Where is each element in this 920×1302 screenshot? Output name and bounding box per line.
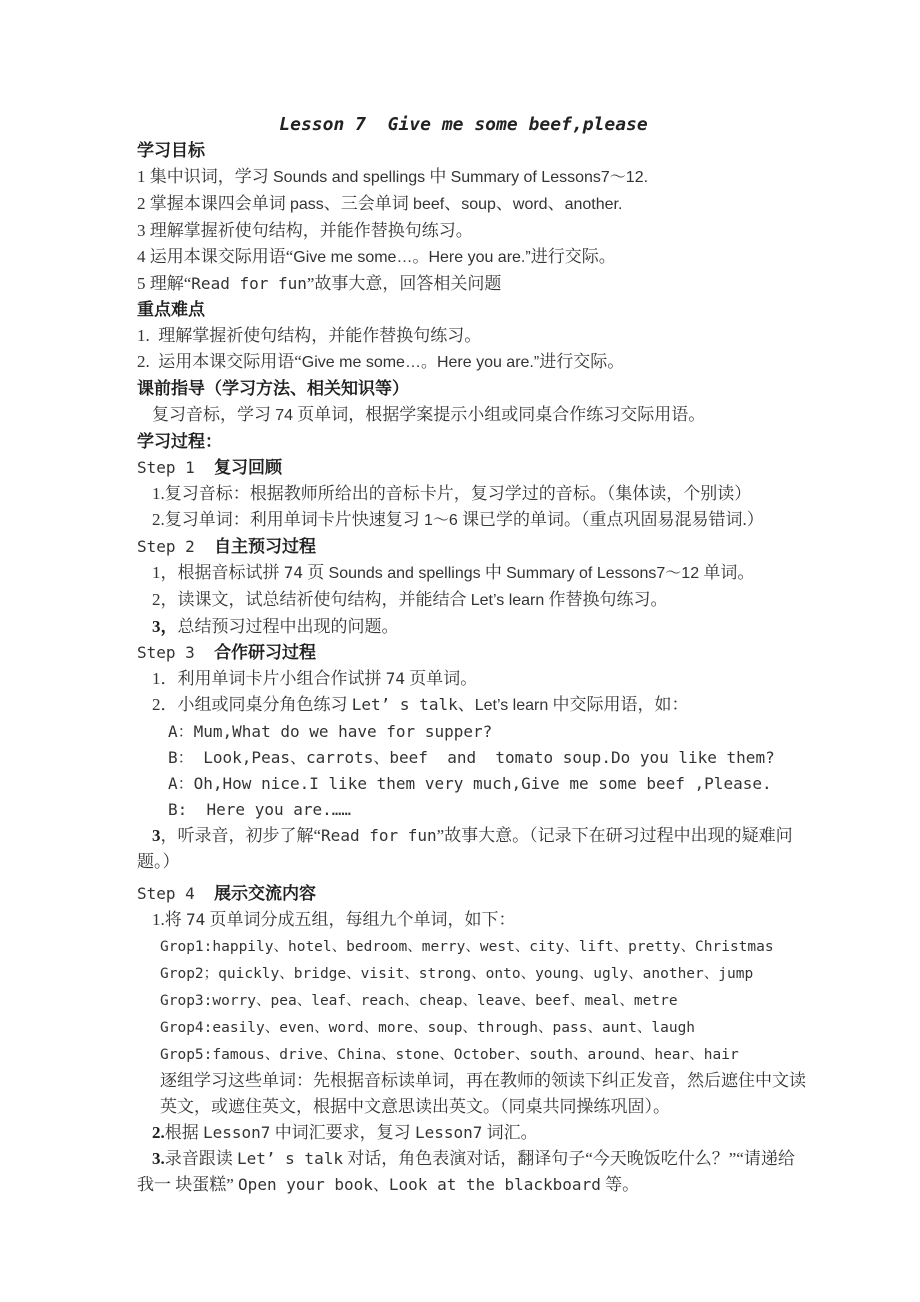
document-line: 3，听录音，初步了解“Read for fun”故事大意。（记录下在研习过程中出…	[137, 823, 790, 849]
text-segment: 4 运用本课交际用语“	[137, 247, 293, 266]
text-segment: Lesson 7 Give me some beef,please	[279, 114, 647, 135]
text-segment: 2，读课文，试总结祈使句结构，并能结合	[152, 590, 471, 609]
text-segment: 1 集中识词，学习	[137, 167, 273, 186]
text-segment: 74	[284, 563, 303, 582]
text-segment: 课前指导（学习方法、相关知识等）	[137, 379, 409, 398]
text-segment: 自主预习过程	[214, 537, 316, 556]
text-segment: 74	[386, 669, 405, 688]
text-segment: 页	[303, 563, 329, 582]
text-segment: Summary of Lessons7～12.	[451, 169, 648, 186]
step-2-heading: Step 2 自主预习过程	[137, 534, 790, 560]
text-segment: 中	[425, 167, 451, 186]
text-segment: 、	[548, 194, 565, 213]
text-segment: 3.	[152, 1149, 165, 1168]
text-segment: 2 掌握本课四会单词	[137, 194, 290, 213]
step-4-heading: Step 4 展示交流内容	[137, 881, 790, 907]
text-segment: 总结预习过程中出现的问题。	[178, 617, 399, 636]
text-segment: 合作研习过程	[214, 643, 316, 662]
text-segment: Lesson7	[415, 1123, 482, 1142]
document-line: 5 理解“Read for fun”故事大意，回答相关问题	[137, 271, 790, 297]
text-segment: B： Look,Peas、carrots、beef and tomato sou…	[168, 748, 775, 767]
text-segment: 学习目标	[137, 141, 205, 160]
text-segment: 单词。	[699, 563, 754, 582]
text-segment: 学习过程：	[137, 432, 222, 451]
text-segment: 复习音标，学习	[152, 405, 275, 424]
document-line: 2．小组或同桌分角色练习 Let’ s talk、Let’s learn 中交际…	[137, 692, 790, 719]
text-segment: 等。	[601, 1175, 639, 1194]
text-segment: 页单词，根据学案提示小组或同桌合作练习交际用语。	[293, 405, 705, 424]
text-segment: Sounds and spellings	[273, 169, 425, 186]
word-group-row: Grop5:famous、drive、China、stone、October、s…	[137, 1041, 790, 1068]
text-segment: B: Here you are.……	[168, 800, 351, 819]
text-segment: Let’s learn	[475, 697, 549, 714]
text-segment: Grop2；quickly、bridge、visit、strong、onto、y…	[160, 966, 753, 982]
document-line: 3.录音跟读 Let’ s talk 对话，角色表演对话，翻译句子“今天晚饭吃什…	[137, 1146, 790, 1172]
text-segment: 5 理解“	[137, 274, 191, 293]
text-segment: 页单词分成五组，每组九个单词，如下：	[205, 910, 515, 929]
text-segment: 1. 理解掌握祈使句结构，并能作替换句练习。	[137, 326, 481, 345]
text-segment: 、三会单词	[324, 194, 413, 213]
document-line: 3，总结预习过程中出现的问题。	[137, 614, 790, 640]
text-segment: Grop5:famous、drive、China、stone、October、s…	[160, 1047, 739, 1063]
section-heading-learning-process: 学习过程：	[137, 429, 790, 455]
text-segment: 页单词。	[405, 669, 477, 688]
text-segment: 对话，角色表演对话，翻译句子“今天晚饭吃什么？”“请递给	[343, 1149, 795, 1168]
text-segment: Summary of Lessons7～12	[506, 565, 699, 582]
text-segment: soup	[461, 196, 496, 213]
word-group-row: Grop3:worry、pea、leaf、reach、cheap、leave、b…	[137, 987, 790, 1014]
text-segment: 1.复习音标：根据教师所给出的音标卡片，复习学过的音标。（集体读，个别读）	[152, 484, 751, 503]
text-segment: Grop4:easily、even、word、more、soup、through…	[160, 1020, 695, 1036]
text-segment: 进行交际。	[531, 247, 616, 266]
text-segment: Step 4	[137, 884, 214, 903]
text-segment: Grop1:happily、hotel、bedroom、merry、west、c…	[160, 939, 774, 955]
document-line: 1.复习音标：根据教师所给出的音标卡片，复习学过的音标。（集体读，个别读）	[137, 481, 790, 507]
document-line: 逐组学习这些单词：先根据音标读单词，再在教师的领读下纠正发音，然后遮住中文读	[137, 1068, 790, 1094]
section-heading-learning-goals: 学习目标	[137, 138, 790, 164]
text-segment: Give me some…。Here you are.”	[293, 249, 530, 266]
text-segment: Step 3	[137, 643, 214, 662]
document-line: 2 掌握本课四会单词 pass、三会单词 beef、soup、word、anot…	[137, 191, 790, 218]
document-line: 1，根据音标试拼 74 页 Sounds and spellings 中 Sum…	[137, 560, 790, 587]
text-segment: 2.	[152, 1123, 165, 1142]
text-segment: 作替换句练习。	[544, 590, 667, 609]
document-line: 2.复习单词：利用单词卡片快速复习 1～6 课已学的单词。（重点巩固易混易错词.…	[137, 507, 790, 534]
document-line: 1 集中识词，学习 Sounds and spellings 中 Summary…	[137, 164, 790, 191]
text-segment: Lesson7	[203, 1123, 270, 1142]
text-segment: 1.将	[152, 910, 186, 929]
document-line: 2.根据 Lesson7 中词汇要求，复习 Lesson7 词汇。	[137, 1120, 790, 1146]
text-segment: ，听录音，初步了解“	[161, 826, 322, 845]
text-segment: Read for fun	[191, 274, 307, 293]
text-segment: 录音跟读	[165, 1149, 237, 1168]
document-line: 1. 理解掌握祈使句结构，并能作替换句练习。	[137, 323, 790, 349]
text-segment: 根据	[165, 1123, 203, 1142]
text-segment: 词汇。	[482, 1123, 537, 1142]
document-page: Lesson 7 Give me some beef,please学习目标1 集…	[0, 0, 920, 1302]
document-line: 英文，或遮住英文，根据中文意思读出英文。（同桌共同操练巩固）。	[137, 1094, 790, 1120]
text-segment: 74	[275, 407, 293, 424]
document-line: 我一 块蛋糕” Open your book、Look at the black…	[137, 1172, 790, 1198]
text-segment: 1，根据音标试拼	[152, 563, 284, 582]
text-segment: 中词汇要求，复习	[270, 1123, 415, 1142]
document-title: Lesson 7 Give me some beef,please	[137, 112, 790, 138]
text-segment: Grop3:worry、pea、leaf、reach、cheap、leave、b…	[160, 993, 678, 1009]
text-segment: Let’s learn	[471, 592, 545, 609]
document-line: 复习音标，学习 74 页单词，根据学案提示小组或同桌合作练习交际用语。	[137, 402, 790, 429]
text-segment: 2．小组或同桌分角色练习	[152, 695, 352, 714]
text-segment: 课已学的单词。（重点巩固易混易错词.）	[458, 510, 764, 529]
dialogue-line: B: Here you are.……	[137, 797, 790, 823]
document-line: 1．利用单词卡片小组合作试拼 74 页单词。	[137, 666, 790, 692]
document-line: 3 理解掌握祈使句结构，并能作替换句练习。	[137, 218, 790, 244]
text-segment: word	[513, 196, 548, 213]
text-segment: 1．利用单词卡片小组合作试拼	[152, 669, 386, 688]
text-segment: 3 理解掌握祈使句结构，并能作替换句练习。	[137, 221, 473, 240]
text-segment: 中	[481, 563, 507, 582]
text-segment: Step 2	[137, 537, 214, 556]
text-segment: 英文，或遮住英文，根据中文意思读出英文。（同桌共同操练巩固）。	[160, 1097, 670, 1116]
text-segment: 3，	[152, 617, 178, 636]
document-line: 2. 运用本课交际用语“Give me some…。Here you are.”…	[137, 349, 790, 376]
document-line: 1.将 74 页单词分成五组，每组九个单词，如下：	[137, 907, 790, 933]
text-segment: Open your book、Look at the blackboard	[238, 1175, 601, 1194]
text-segment: Give me some…。Here you are.”	[302, 354, 539, 371]
text-segment: 我一 块蛋糕”	[137, 1175, 238, 1194]
dialogue-line: A：Oh,How nice.I like them very much,Give…	[137, 771, 790, 797]
text-segment: 中交际用语，如：	[548, 695, 688, 714]
text-segment: Let’ s talk	[237, 1149, 343, 1168]
text-segment: A：Oh,How nice.I like them very much,Give…	[168, 774, 772, 793]
dialogue-line: A：Mum,What do we have for supper?	[137, 719, 790, 745]
word-group-row: Grop1:happily、hotel、bedroom、merry、west、c…	[137, 933, 790, 960]
text-segment: 1～6	[424, 512, 458, 529]
text-segment: Read for fun	[321, 826, 437, 845]
text-segment: 展示交流内容	[214, 884, 316, 903]
text-segment: ”故事大意，回答相关问题	[307, 274, 502, 293]
document-line: 2，读课文，试总结祈使句结构，并能结合 Let’s learn 作替换句练习。	[137, 587, 790, 614]
step-3-heading: Step 3 合作研习过程	[137, 640, 790, 666]
text-segment: 74	[186, 910, 205, 929]
section-heading-key-points: 重点难点	[137, 297, 790, 323]
step-1-heading: Step 1 复习回顾	[137, 455, 790, 481]
text-segment: A：Mum,What do we have for supper?	[168, 722, 492, 741]
text-segment: 进行交际。	[539, 352, 624, 371]
text-segment: 、	[496, 194, 513, 213]
text-segment: 重点难点	[137, 300, 205, 319]
section-heading-pre-class-guide: 课前指导（学习方法、相关知识等）	[137, 376, 790, 402]
text-segment: 、	[458, 695, 475, 714]
text-segment: beef	[413, 196, 444, 213]
document-line: 题。）	[137, 849, 790, 875]
text-segment: 3	[152, 826, 161, 845]
text-segment: 复习回顾	[214, 458, 282, 477]
word-group-row: Grop4:easily、even、word、more、soup、through…	[137, 1014, 790, 1041]
text-segment: another.	[565, 196, 623, 213]
text-segment: 2.复习单词：利用单词卡片快速复习	[152, 510, 424, 529]
text-segment: 逐组学习这些单词：先根据音标读单词，再在教师的领读下纠正发音，然后遮住中文读	[160, 1071, 806, 1090]
text-segment: pass	[290, 196, 324, 213]
text-segment: 2. 运用本课交际用语“	[137, 352, 302, 371]
text-segment: Sounds and spellings	[329, 565, 481, 582]
text-segment: Let’ s talk	[352, 695, 458, 714]
dialogue-line: B： Look,Peas、carrots、beef and tomato sou…	[137, 745, 790, 771]
text-segment: 、	[444, 194, 461, 213]
document-line: 4 运用本课交际用语“Give me some…。Here you are.”进…	[137, 244, 790, 271]
text-segment: Step 1	[137, 458, 214, 477]
text-segment: 题。）	[137, 852, 180, 871]
document-content: Lesson 7 Give me some beef,please学习目标1 集…	[0, 0, 920, 1198]
word-group-row: Grop2；quickly、bridge、visit、strong、onto、y…	[137, 960, 790, 987]
text-segment: ”故事大意。（记录下在研习过程中出现的疑难问	[437, 826, 793, 845]
